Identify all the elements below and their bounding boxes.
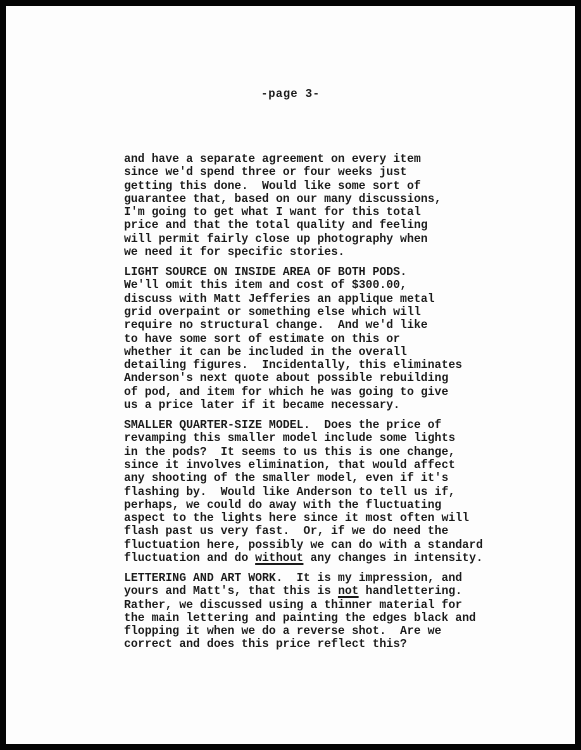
page-frame: -page 3- and have a separate agreement o…: [0, 0, 581, 750]
paragraph: SMALLER QUARTER-SIZE MODEL. Does the pri…: [124, 419, 524, 565]
document-body: and have a separate agreement on every i…: [124, 153, 524, 658]
paragraph: LIGHT SOURCE ON INSIDE AREA OF BOTH PODS…: [124, 266, 524, 412]
paragraph: and have a separate agreement on every i…: [124, 153, 524, 259]
page: -page 3- and have a separate agreement o…: [6, 6, 575, 744]
page-number: -page 3-: [6, 88, 575, 101]
paragraph: LETTERING AND ART WORK. It is my impress…: [124, 572, 524, 652]
